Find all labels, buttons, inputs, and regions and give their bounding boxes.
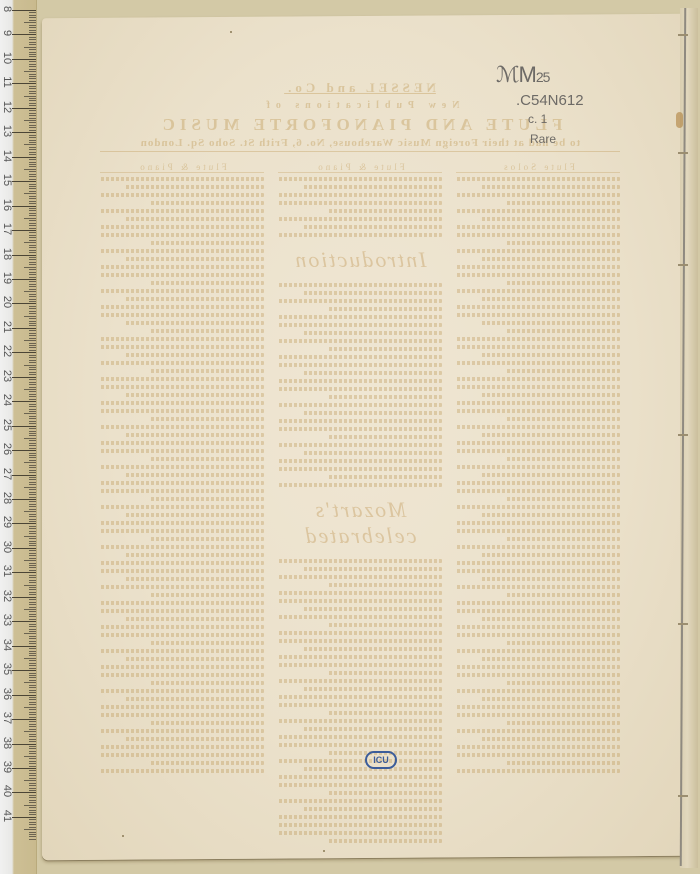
- ruler-label: 40: [1, 781, 13, 801]
- ruler-minor-tick: [29, 643, 36, 644]
- ruler-minor-tick: [29, 607, 36, 608]
- ruler-label: 15: [1, 170, 13, 190]
- ruler-minor-tick: [29, 237, 36, 238]
- ruler-label: 29: [1, 512, 13, 532]
- ruler-minor-tick: [29, 318, 36, 319]
- show-through-print: NESSEL and Co. New Publications of FLUTE…: [100, 80, 620, 820]
- ruler-minor-tick: [29, 558, 36, 559]
- measurement-ruler: 8910111213141516171819202122232425262728…: [0, 0, 37, 874]
- ruler-minor-tick: [29, 545, 36, 546]
- ruler-major-tick: [12, 670, 36, 671]
- ruler-minor-tick: [29, 748, 36, 749]
- ruler-minor-tick: [29, 333, 36, 334]
- ruler-major-tick: [12, 499, 36, 500]
- rare-collection-note: Rare: [530, 132, 556, 146]
- ruler-minor-tick: [29, 570, 36, 571]
- ruler-minor-tick: [29, 215, 36, 216]
- ruler-minor-tick: [29, 651, 36, 652]
- ruler-minor-tick: [29, 699, 36, 700]
- ruler-minor-tick: [29, 61, 36, 62]
- ruler-minor-tick: [29, 330, 36, 331]
- ruler-minor-tick: [29, 668, 36, 669]
- ruler-minor-tick: [29, 232, 36, 233]
- ruler-minor-tick: [29, 416, 36, 417]
- ruler-minor-tick: [29, 445, 36, 446]
- ruler-major-tick: [12, 768, 36, 769]
- ruler-minor-tick: [29, 325, 36, 326]
- ruler-minor-tick: [29, 277, 36, 278]
- ruler-minor-tick: [29, 171, 36, 172]
- ruler-minor-tick: [29, 604, 36, 605]
- ruler-major-tick: [12, 719, 36, 720]
- ruler-minor-tick: [29, 528, 36, 529]
- ruler-minor-tick: [29, 179, 36, 180]
- ruler-label: 41: [1, 806, 13, 826]
- ruler-minor-tick: [29, 531, 36, 532]
- ruler-major-tick: [12, 34, 36, 35]
- ruler-minor-tick: [29, 355, 36, 356]
- ruler-major-tick: [12, 817, 36, 818]
- ruler-minor-tick: [29, 553, 36, 554]
- ruler-minor-tick: [29, 629, 36, 630]
- ruler-minor-tick: [29, 264, 36, 265]
- ruler-major-tick: [12, 377, 36, 378]
- ruler-minor-tick: [29, 729, 36, 730]
- ruler-minor-tick: [29, 423, 36, 424]
- ruler-label: 17: [1, 219, 13, 239]
- ruler-minor-tick: [29, 673, 36, 674]
- ruler-minor-tick: [29, 739, 36, 740]
- ruler-minor-tick: [29, 624, 36, 625]
- ruler-major-tick: [12, 132, 36, 133]
- ruler-minor-tick: [29, 149, 36, 150]
- ruler-minor-tick: [29, 162, 36, 163]
- ruler-minor-tick: [29, 655, 36, 656]
- ruler-minor-tick: [29, 208, 36, 209]
- ruler-minor-tick: [29, 382, 36, 383]
- ruler-minor-tick: [29, 343, 36, 344]
- ruler-minor-tick: [29, 504, 36, 505]
- ruler-minor-tick: [29, 741, 36, 742]
- ruler-minor-tick: [24, 267, 36, 268]
- ruler-label: 14: [1, 146, 13, 166]
- ruler-major-tick: [12, 255, 36, 256]
- ruler-minor-tick: [29, 247, 36, 248]
- ruler-minor-tick: [29, 394, 36, 395]
- ruler-minor-tick: [29, 477, 36, 478]
- ruler-major-tick: [12, 230, 36, 231]
- ruler-minor-tick: [29, 807, 36, 808]
- ruler-minor-tick: [29, 810, 36, 811]
- ruler-minor-tick: [29, 778, 36, 779]
- ruler-minor-tick: [29, 210, 36, 211]
- ruler-minor-tick: [24, 756, 36, 757]
- ruler-minor-tick: [29, 12, 36, 13]
- ruler-label: 33: [1, 610, 13, 630]
- ruler-minor-tick: [29, 721, 36, 722]
- ruler-minor-tick: [29, 78, 36, 79]
- ruler-minor-tick: [29, 514, 36, 515]
- ruler-minor-tick: [29, 428, 36, 429]
- ruler-minor-tick: [29, 497, 36, 498]
- ruler-minor-tick: [29, 140, 36, 141]
- ruler-label: 19: [1, 268, 13, 288]
- ruler-minor-tick: [29, 812, 36, 813]
- ruler-minor-tick: [29, 448, 36, 449]
- ruler-minor-tick: [29, 543, 36, 544]
- ruler-minor-tick: [24, 536, 36, 537]
- ruler-minor-tick: [29, 142, 36, 143]
- ruler-minor-tick: [29, 49, 36, 50]
- ruler-minor-tick: [24, 682, 36, 683]
- ruler-minor-tick: [29, 52, 36, 53]
- ruler-label: 39: [1, 757, 13, 777]
- ruler-major-tick: [12, 181, 36, 182]
- ruler-minor-tick: [29, 509, 36, 510]
- ruler-minor-tick: [29, 32, 36, 33]
- show-through-column: Flute Solos: [456, 162, 620, 847]
- ruler-minor-tick: [29, 411, 36, 412]
- ruler-major-tick: [12, 426, 36, 427]
- ruler-minor-tick: [29, 788, 36, 789]
- ruler-minor-tick: [29, 245, 36, 246]
- ruler-minor-tick: [29, 521, 36, 522]
- ruler-minor-tick: [29, 321, 36, 322]
- ruler-minor-tick: [29, 387, 36, 388]
- ruler-minor-tick: [29, 125, 36, 126]
- ruler-major-tick: [12, 83, 36, 84]
- ruler-minor-tick: [29, 130, 36, 131]
- binding-stitch: [678, 34, 688, 36]
- ruler-label: 27: [1, 464, 13, 484]
- ruler-minor-tick: [29, 592, 36, 593]
- ruler-minor-tick: [29, 626, 36, 627]
- ruler-minor-tick: [29, 220, 36, 221]
- ruler-minor-tick: [29, 577, 36, 578]
- ruler-minor-tick: [29, 286, 36, 287]
- ruler-label: 21: [1, 317, 13, 337]
- ruler-minor-tick: [29, 350, 36, 351]
- ruler-minor-tick: [29, 457, 36, 458]
- ruler-minor-tick: [29, 665, 36, 666]
- ruler-minor-tick: [29, 250, 36, 251]
- ruler-major-tick: [12, 59, 36, 60]
- ruler-minor-tick: [29, 284, 36, 285]
- ruler-minor-tick: [29, 338, 36, 339]
- ruler-minor-tick: [29, 374, 36, 375]
- ruler-major-tick: [12, 572, 36, 573]
- ruler-label: 37: [1, 708, 13, 728]
- ruler-minor-tick: [24, 144, 36, 145]
- ruler-minor-tick: [29, 188, 36, 189]
- ruler-minor-tick: [29, 533, 36, 534]
- ruler-major-tick: [12, 621, 36, 622]
- ruler-minor-tick: [24, 193, 36, 194]
- ruler-minor-tick: [29, 773, 36, 774]
- ruler-minor-tick: [29, 235, 36, 236]
- ruler-minor-tick: [29, 88, 36, 89]
- ruler-minor-tick: [29, 751, 36, 752]
- paper-speck: [122, 835, 124, 837]
- ruler-minor-tick: [29, 198, 36, 199]
- ruler-minor-tick: [29, 641, 36, 642]
- ruler-minor-tick: [29, 30, 36, 31]
- ruler-minor-tick: [24, 242, 36, 243]
- ruler-minor-tick: [29, 712, 36, 713]
- ruler-label: 16: [1, 195, 13, 215]
- ruler-minor-tick: [29, 677, 36, 678]
- ruler-major-tick: [12, 792, 36, 793]
- ruler-minor-tick: [29, 704, 36, 705]
- ruler-minor-tick: [29, 166, 36, 167]
- ruler-label: 20: [1, 292, 13, 312]
- ruler-minor-tick: [29, 44, 36, 45]
- ruler-minor-tick: [29, 472, 36, 473]
- ruler-minor-tick: [29, 582, 36, 583]
- ruler-minor-tick: [29, 453, 36, 454]
- ruler-minor-tick: [29, 717, 36, 718]
- ruler-minor-tick: [29, 81, 36, 82]
- ruler-label: 10: [1, 48, 13, 68]
- binding-stitch: [678, 795, 688, 797]
- ruler-minor-tick: [29, 460, 36, 461]
- ruler-minor-tick: [24, 291, 36, 292]
- ruler-minor-tick: [29, 17, 36, 18]
- ruler-minor-tick: [29, 154, 36, 155]
- library-stamp: ICU: [365, 751, 397, 769]
- ruler-minor-tick: [29, 761, 36, 762]
- ruler-minor-tick: [29, 575, 36, 576]
- ruler-minor-tick: [29, 42, 36, 43]
- ruler-major-tick: [12, 744, 36, 745]
- ruler-minor-tick: [29, 636, 36, 637]
- ruler-minor-tick: [29, 306, 36, 307]
- ruler-label: 25: [1, 415, 13, 435]
- ruler-minor-tick: [29, 335, 36, 336]
- ruler-minor-tick: [29, 323, 36, 324]
- ruler-minor-tick: [29, 421, 36, 422]
- ruler-minor-tick: [29, 345, 36, 346]
- ruler-minor-tick: [29, 758, 36, 759]
- show-through-columns: Flute Solos Flute & Piano Intro: [100, 162, 620, 847]
- ruler-minor-tick: [29, 785, 36, 786]
- show-through-column: Flute & Piano Introduction Mozart's cele…: [278, 162, 442, 847]
- ruler-minor-tick: [29, 186, 36, 187]
- ruler-minor-tick: [29, 357, 36, 358]
- call-number-cutter: .C54N612: [516, 92, 584, 109]
- ruler-major-tick: [12, 10, 36, 11]
- ruler-minor-tick: [29, 362, 36, 363]
- ruler-minor-tick: [29, 176, 36, 177]
- ruler-minor-tick: [29, 567, 36, 568]
- ruler-minor-tick: [29, 631, 36, 632]
- ruler-minor-tick: [29, 369, 36, 370]
- ruler-minor-tick: [29, 619, 36, 620]
- call-number-class: ℳM25: [496, 62, 549, 88]
- ruler-minor-tick: [29, 56, 36, 57]
- ruler-minor-tick: [29, 301, 36, 302]
- copy-number: c. 1: [528, 112, 547, 126]
- paper-speck: [323, 850, 325, 852]
- ruler-minor-tick: [29, 506, 36, 507]
- ruler-minor-tick: [29, 93, 36, 94]
- ruler-major-tick: [12, 597, 36, 598]
- ruler-minor-tick: [24, 340, 36, 341]
- ruler-minor-tick: [29, 440, 36, 441]
- ruler-minor-tick: [29, 834, 36, 835]
- ruler-minor-tick: [24, 413, 36, 414]
- ruler-minor-tick: [24, 633, 36, 634]
- ruler-major-tick: [12, 303, 36, 304]
- ruler-minor-tick: [29, 372, 36, 373]
- ruler-label: 11: [1, 72, 13, 92]
- ruler-minor-tick: [29, 103, 36, 104]
- ruler-minor-tick: [29, 819, 36, 820]
- ruler-minor-tick: [24, 389, 36, 390]
- ruler-label: 32: [1, 586, 13, 606]
- ruler-minor-tick: [29, 827, 36, 828]
- ruler-minor-tick: [24, 487, 36, 488]
- ruler-minor-tick: [29, 470, 36, 471]
- ruler-minor-tick: [29, 800, 36, 801]
- ruler-minor-tick: [24, 169, 36, 170]
- ruler-minor-tick: [29, 455, 36, 456]
- ruler-minor-tick: [29, 726, 36, 727]
- ruler-minor-tick: [29, 91, 36, 92]
- ruler-minor-tick: [29, 299, 36, 300]
- ruler-minor-tick: [29, 484, 36, 485]
- ruler-minor-tick: [29, 797, 36, 798]
- ruler-minor-tick: [24, 609, 36, 610]
- ruler-minor-tick: [29, 802, 36, 803]
- ruler-minor-tick: [29, 66, 36, 67]
- ruler-minor-tick: [29, 122, 36, 123]
- ruler-minor-tick: [29, 196, 36, 197]
- ruler-minor-tick: [29, 213, 36, 214]
- ruler-minor-tick: [29, 675, 36, 676]
- ruler-label: 9: [1, 23, 13, 43]
- ruler-minor-tick: [29, 391, 36, 392]
- ruler-minor-tick: [29, 783, 36, 784]
- ruler-minor-tick: [29, 602, 36, 603]
- ruler-minor-tick: [24, 96, 36, 97]
- ruler-minor-tick: [29, 191, 36, 192]
- ruler-major-tick: [12, 352, 36, 353]
- ruler-minor-tick: [29, 152, 36, 153]
- ruler-minor-tick: [29, 137, 36, 138]
- ruler-label: 30: [1, 537, 13, 557]
- ruler-minor-tick: [29, 39, 36, 40]
- ruler-minor-tick: [29, 184, 36, 185]
- ruler-minor-tick: [29, 272, 36, 273]
- ruler-minor-tick: [29, 98, 36, 99]
- ruler-label: 24: [1, 390, 13, 410]
- ruler-minor-tick: [29, 289, 36, 290]
- ruler-minor-tick: [29, 501, 36, 502]
- ruler-minor-tick: [29, 550, 36, 551]
- ruler-minor-tick: [24, 47, 36, 48]
- ruler-minor-tick: [29, 702, 36, 703]
- ruler-minor-tick: [29, 824, 36, 825]
- ruler-minor-tick: [29, 86, 36, 87]
- ruler-minor-tick: [24, 829, 36, 830]
- ruler-minor-tick: [29, 680, 36, 681]
- ruler-minor-tick: [29, 360, 36, 361]
- paper-speck: [230, 31, 232, 33]
- ruler-major-tick: [12, 548, 36, 549]
- ruler-minor-tick: [29, 465, 36, 466]
- ruler-minor-tick: [29, 379, 36, 380]
- ruler-minor-tick: [29, 795, 36, 796]
- ruler-minor-tick: [29, 489, 36, 490]
- ruler-minor-tick: [29, 25, 36, 26]
- ruler-label: 28: [1, 488, 13, 508]
- ruler-minor-tick: [29, 269, 36, 270]
- ruler-minor-tick: [29, 418, 36, 419]
- ruler-label: 34: [1, 635, 13, 655]
- ruler-minor-tick: [29, 690, 36, 691]
- show-through-center-title: Introduction: [278, 247, 442, 273]
- ruler-minor-tick: [29, 406, 36, 407]
- ruler-minor-tick: [24, 585, 36, 586]
- ruler-minor-tick: [29, 281, 36, 282]
- ruler-minor-tick: [29, 203, 36, 204]
- ruler-minor-tick: [29, 790, 36, 791]
- ruler-minor-tick: [29, 147, 36, 148]
- ruler-major-tick: [12, 157, 36, 158]
- ruler-minor-tick: [29, 516, 36, 517]
- ruler-minor-tick: [29, 832, 36, 833]
- ruler-minor-tick: [29, 404, 36, 405]
- ruler-minor-tick: [24, 71, 36, 72]
- ruler-minor-tick: [29, 734, 36, 735]
- ruler-minor-tick: [29, 763, 36, 764]
- foxing-stain: [676, 112, 683, 128]
- ruler-label: 13: [1, 121, 13, 141]
- ruler-minor-tick: [29, 770, 36, 771]
- binding-stitch: [678, 152, 688, 154]
- ruler-minor-tick: [24, 707, 36, 708]
- ruler-minor-tick: [29, 225, 36, 226]
- ruler-minor-tick: [29, 384, 36, 385]
- ruler-minor-tick: [29, 653, 36, 654]
- ruler-label: 31: [1, 561, 13, 581]
- ruler-minor-tick: [24, 218, 36, 219]
- ruler-minor-tick: [29, 724, 36, 725]
- ruler-minor-tick: [29, 347, 36, 348]
- ruler-minor-tick: [29, 110, 36, 111]
- ruler-minor-tick: [29, 753, 36, 754]
- ruler-minor-tick: [29, 538, 36, 539]
- ruler-minor-tick: [29, 479, 36, 480]
- ruler-minor-tick: [29, 482, 36, 483]
- ruler-minor-tick: [24, 511, 36, 512]
- ruler-minor-tick: [29, 494, 36, 495]
- ruler-minor-tick: [24, 780, 36, 781]
- ruler-minor-tick: [29, 274, 36, 275]
- ruler-major-tick: [12, 450, 36, 451]
- ruler-minor-tick: [24, 120, 36, 121]
- ruler-minor-tick: [29, 15, 36, 16]
- ruler-minor-tick: [29, 294, 36, 295]
- ruler-label: 35: [1, 659, 13, 679]
- ruler-minor-tick: [29, 105, 36, 106]
- ruler-minor-tick: [29, 69, 36, 70]
- ruler-label: 23: [1, 366, 13, 386]
- ruler-major-tick: [12, 206, 36, 207]
- ruler-minor-tick: [29, 663, 36, 664]
- ruler-minor-tick: [29, 746, 36, 747]
